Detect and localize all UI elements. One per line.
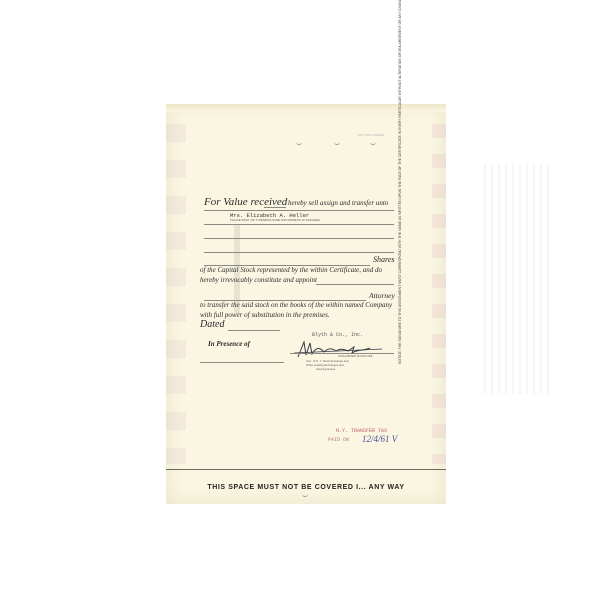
assignee-caption: PLEASE PRINT OR TYPEWRITE NAME AND ADDRE… (230, 219, 320, 222)
punch-hole (370, 140, 376, 145)
assignee-line (204, 210, 394, 211)
punch-hole (302, 492, 308, 497)
signature-line (290, 353, 394, 354)
edge-stain-right (432, 124, 446, 464)
address-line (204, 224, 394, 225)
attorney-label: Attorney (369, 291, 395, 300)
address-line (204, 252, 394, 253)
tax-stamp-date: 12/4/61 V (362, 434, 397, 444)
ghost-header: NOT VALID UNLESS (358, 134, 384, 137)
paid-on-label: PAID ON (328, 437, 349, 443)
constitute-text: hereby irrevocably constitute and appoin… (200, 276, 317, 284)
in-presence-label: In Presence of (208, 340, 250, 348)
guarantee-line-2: Other Leading Exchanges and (306, 364, 344, 367)
signature-notice: NOTICE: THE SIGNATURE TO THIS ASSIGNMENT… (398, 196, 402, 364)
shares-label: Shares (373, 255, 394, 264)
assignee-name: Mrs. Elizabeth A. Heller (230, 212, 309, 219)
substitution-text: with full power of substitution in the p… (200, 311, 330, 319)
witness-line (200, 362, 284, 363)
transfer-text: to transfer the said stock on the books … (200, 301, 392, 309)
signer-caption: AUTHORIZED SIGNATURE (338, 355, 373, 358)
footer-notice: THIS SPACE MUST NOT BE COVERED I... ANY … (166, 484, 446, 491)
capital-stock-text: of the Capital Stock represented by the … (200, 266, 382, 274)
guarantee-line-3: Clearing House (316, 368, 335, 371)
punch-hole (334, 140, 340, 145)
blank-line (264, 207, 286, 208)
sell-assign-transfer: hereby sell assign and transfer unto (288, 199, 388, 207)
address-line (204, 238, 394, 239)
attorney-line (316, 284, 394, 285)
bleed-through-text (484, 164, 554, 394)
footer-divider (166, 469, 446, 470)
dated-line (228, 330, 280, 331)
guarantee-line-1: Cert. of N. Y. Stock Exchange and (306, 360, 348, 363)
company-name: Blyth & Co., Inc. (312, 332, 363, 338)
punch-hole (296, 140, 302, 145)
edge-stain-left (166, 124, 186, 464)
certificate-paper: NOT VALID UNLESS For Value received here… (166, 104, 446, 504)
dated-label: Dated (200, 319, 224, 330)
